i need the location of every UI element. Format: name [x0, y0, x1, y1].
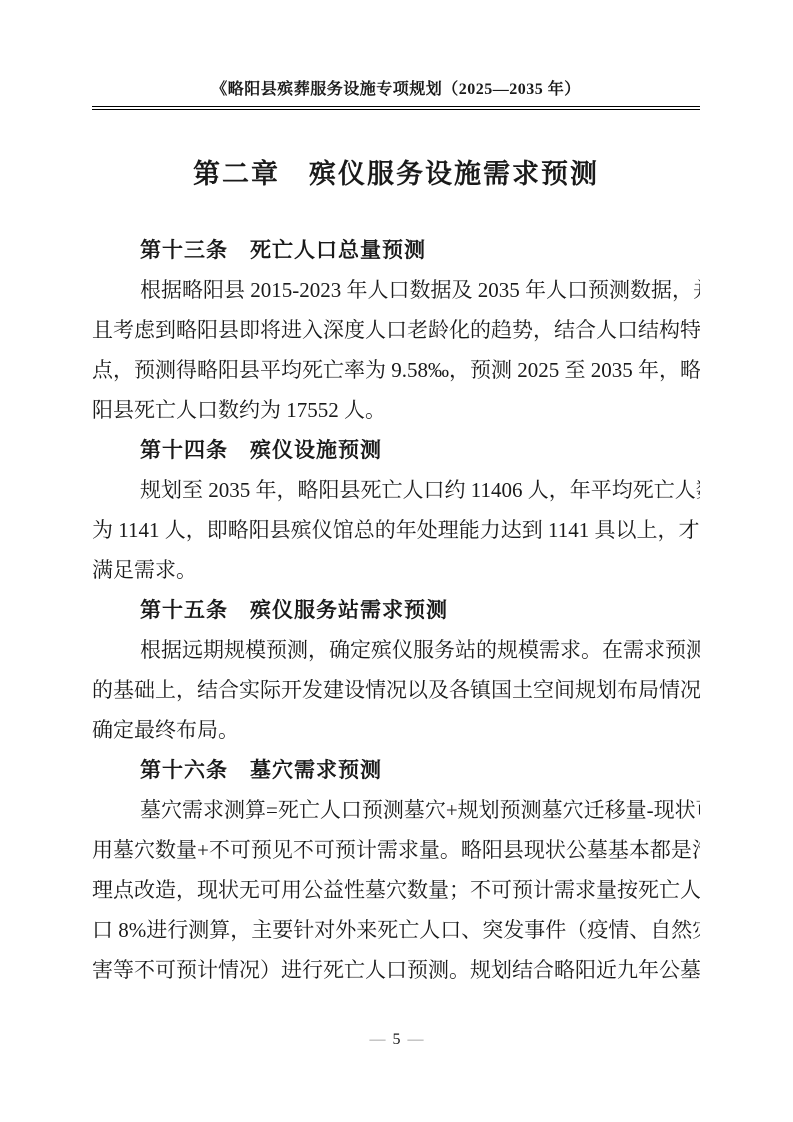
paragraph-line: 满足需求。 — [92, 550, 700, 590]
section-heading: 第十三条 死亡人口总量预测 — [92, 230, 700, 270]
header-title: 《略阳县殡葬服务设施专项规划（2025—2035 年） — [92, 78, 700, 102]
section-heading: 第十五条 殡仪服务站需求预测 — [92, 590, 700, 630]
paragraph-line: 根据略阳县 2015-2023 年人口数据及 2035 年人口预测数据，并 — [92, 270, 700, 310]
paragraph-line: 墓穴需求测算=死亡人口预测墓穴+规划预测墓穴迁移量-现状可 — [92, 790, 700, 830]
page-footer: —5— — [0, 1028, 793, 1052]
paragraph-line: 阳县死亡人口数约为 17552 人。 — [92, 390, 700, 430]
page-number-left-dash: — — [370, 1031, 386, 1048]
content-blocks: 第十三条 死亡人口总量预测根据略阳县 2015-2023 年人口数据及 2035… — [92, 230, 700, 990]
page-header: 《略阳县殡葬服务设施专项规划（2025—2035 年） — [92, 78, 700, 110]
document-body: 第二章 殡仪服务设施需求预测 第十三条 死亡人口总量预测根据略阳县 2015-2… — [92, 156, 700, 990]
page-number-right-dash: — — [408, 1031, 424, 1048]
paragraph-line: 确定最终布局。 — [92, 710, 700, 750]
document-page: 《略阳县殡葬服务设施专项规划（2025—2035 年） 第二章 殡仪服务设施需求… — [0, 0, 793, 1122]
paragraph-line: 为 1141 人，即略阳县殡仪馆总的年处理能力达到 1141 具以上，才能 — [92, 510, 700, 550]
paragraph-line: 且考虑到略阳县即将进入深度人口老龄化的趋势，结合人口结构特 — [92, 310, 700, 350]
paragraph-line: 害等不可预计情况）进行死亡人口预测。规划结合略阳近九年公墓 — [92, 950, 700, 990]
paragraph-line: 规划至 2035 年，略阳县死亡人口约 11406 人，年平均死亡人数 — [92, 470, 700, 510]
section-heading: 第十六条 墓穴需求预测 — [92, 750, 700, 790]
paragraph-line: 用墓穴数量+不可预见不可预计需求量。略阳县现状公墓基本都是治 — [92, 830, 700, 870]
header-double-rule — [92, 106, 700, 110]
section-heading: 第十四条 殡仪设施预测 — [92, 430, 700, 470]
paragraph-line: 点，预测得略阳县平均死亡率为 9.58‰，预测 2025 至 2035 年，略 — [92, 350, 700, 390]
paragraph-line: 根据远期规模预测，确定殡仪服务站的规模需求。在需求预测 — [92, 630, 700, 670]
paragraph-line: 的基础上，结合实际开发建设情况以及各镇国土空间规划布局情况 — [92, 670, 700, 710]
paragraph-line: 口 8%进行测算，主要针对外来死亡人口、突发事件（疫情、自然灾 — [92, 910, 700, 950]
paragraph-line: 理点改造，现状无可用公益性墓穴数量；不可预计需求量按死亡人 — [92, 870, 700, 910]
page-number: 5 — [393, 1031, 401, 1048]
chapter-title: 第二章 殡仪服务设施需求预测 — [92, 156, 700, 192]
